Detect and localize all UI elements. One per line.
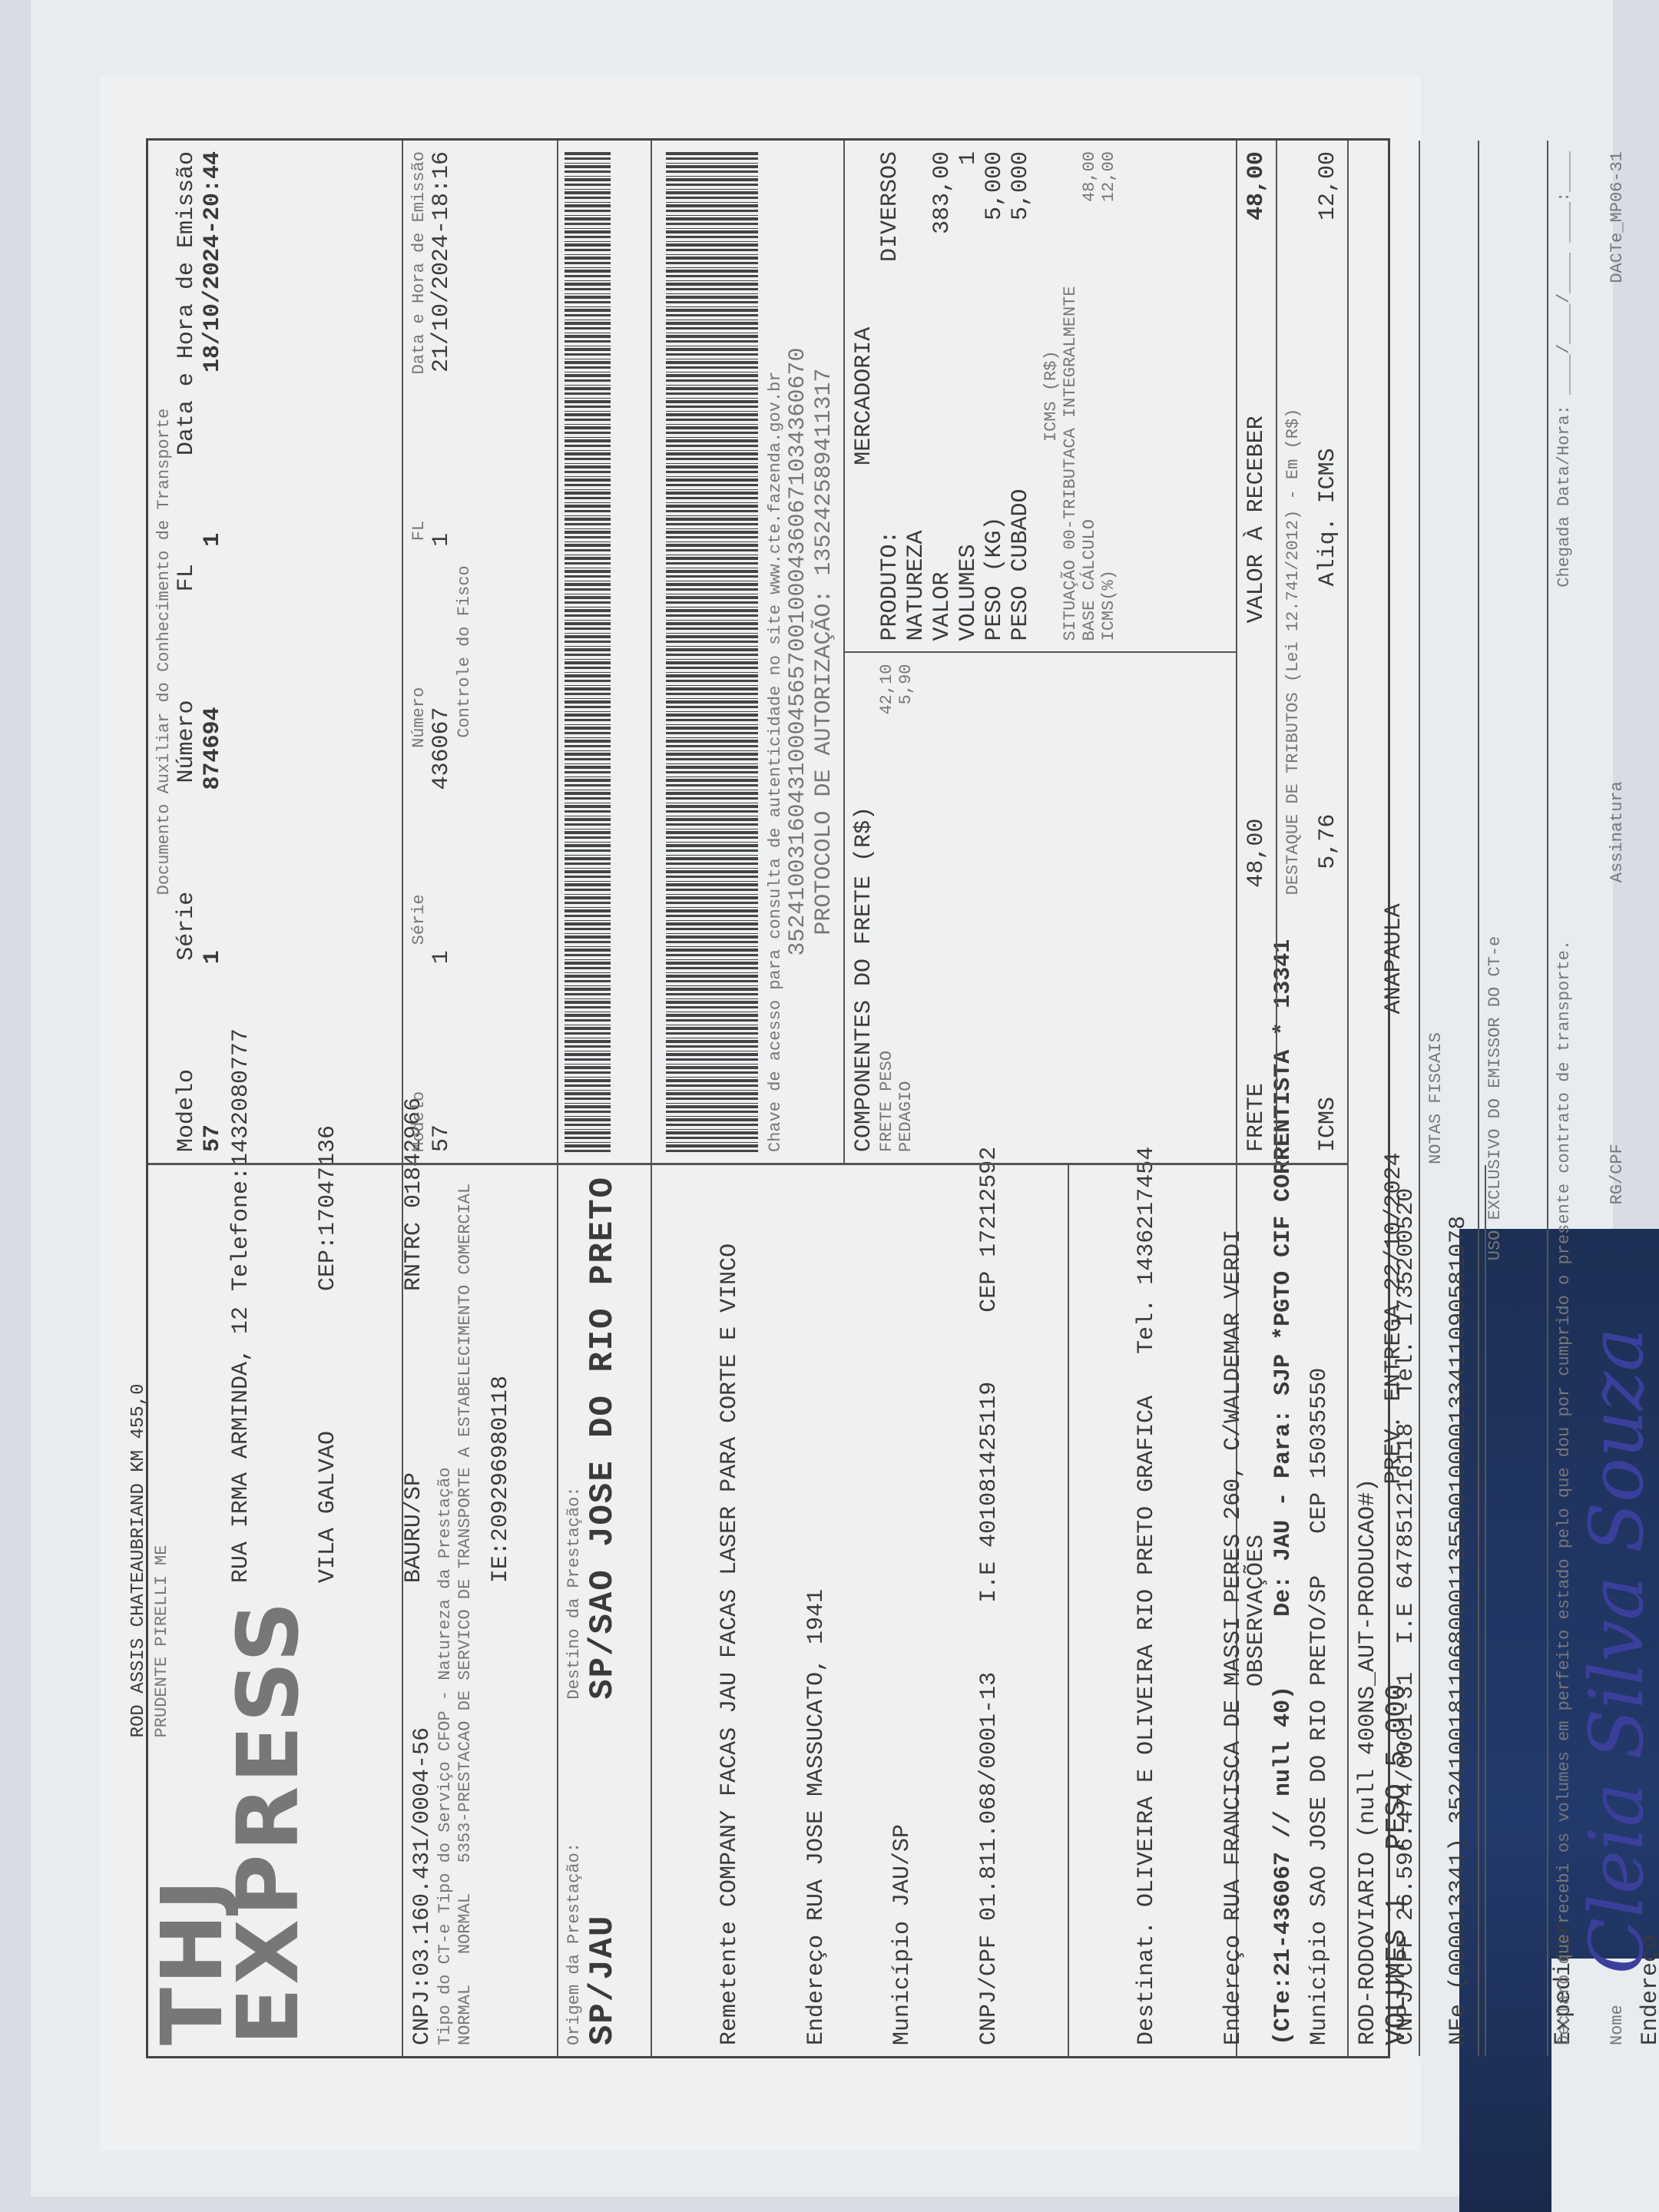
remetente-block: Remetente COMPANY FACAS JAU FACAS LASER … [652, 1165, 1069, 2056]
protocol-number: 135242589411317 [811, 368, 837, 575]
access-key-block: Chave de acesso para consulta de autenti… [652, 141, 845, 1163]
attendant: ANAPAULA [1381, 903, 1412, 1014]
observacoes-block: OBSERVAÇÕES (CTe:21-436067 // null 40) D… [1237, 1165, 1347, 2056]
dacte-values: 571874694118/10/2024-20:44 [200, 151, 226, 1152]
amount-due: 48,00 [1243, 151, 1270, 220]
handwritten-name: Cleia Silva Souza [1574, 1327, 1659, 1974]
issuer-address: RUA IRMA ARMINDA, 12 [227, 1306, 257, 1583]
emission-datetime: 18/10/2024-20:44 [200, 151, 226, 373]
issuer-cnpj: CNPJ:03.160.431/0004-56 [409, 1176, 435, 2045]
dacte-number: 874694 [200, 707, 226, 790]
dacte-title: Documento Auxiliar do Conhecimento de Tr… [154, 151, 174, 1152]
tax-detail: ICMS5,76Aliq. ICMS12,00 [1309, 141, 1347, 1163]
dacte-header: Documento Auxiliar do Conhecimento de Tr… [148, 141, 402, 1165]
destination: SP/SAO JOSE DO RIO PRETO [584, 1176, 622, 1700]
cte-type-row: CNPJ:03.160.431/0004-56 Tipo do CT-e Tip… [403, 141, 558, 2056]
header-row: THJ EXPRESS RUA IRMA ARMINDA, 12 VILA GA… [148, 141, 403, 2056]
access-key: 3524100316043100045657001000436067103436… [785, 151, 811, 1152]
issuer-block: THJ EXPRESS RUA IRMA ARMINDA, 12 VILA GA… [148, 1165, 402, 2056]
form-code: DACTe_MP06-31 [1608, 151, 1627, 283]
company-logo: THJ EXPRESS [154, 1598, 396, 2045]
receipt-block: Declaro que recebi os volumes em perfeit… [1548, 141, 1659, 2056]
expected-delivery: 22/10/2024 [1381, 1152, 1407, 1290]
fisco-control: ModeloSérieNúmeroFLData e Hora de Emissã… [403, 141, 557, 1165]
nfe-key: NFe (000013341) 352410018110680001135500… [1445, 151, 1472, 2045]
access-key-barcode [666, 151, 758, 1152]
mercadoria-block: MERCADORIA PRODUTO:DIVERSOS NATUREZA VAL… [845, 141, 1236, 652]
cfop: 5353-PRESTACAO DE SERVICO DE TRANSPORTE … [455, 1184, 475, 1863]
dacte-document: ROD ASSIS CHATEAUBRIAND KM 455,0 PRUDENT… [100, 77, 1421, 2151]
origin: SP/JAU [584, 1843, 622, 2045]
modal-block: ROD-RODOVIARIO (null 400NS_AUT-PRODUCAO#… [1349, 141, 1420, 2056]
route-row: Origem da Prestação:SP/JAU Destino da Pr… [558, 141, 652, 2056]
issuer-district: VILA GALVAO [314, 1306, 343, 1583]
freight-components: COMPONENTES DO FRETE (R$) FRETE PESO42,1… [845, 652, 1236, 1164]
dacte-form: THJ EXPRESS RUA IRMA ARMINDA, 12 VILA GA… [146, 138, 1390, 2058]
freight-totals: FRETE48,00 VALOR À RECEBER48,00 [1237, 141, 1277, 1163]
barcode [565, 151, 611, 1152]
observacoes-text: (CTe:21-436067 // null 40) De: JAU - Par… [1270, 1176, 1299, 2045]
